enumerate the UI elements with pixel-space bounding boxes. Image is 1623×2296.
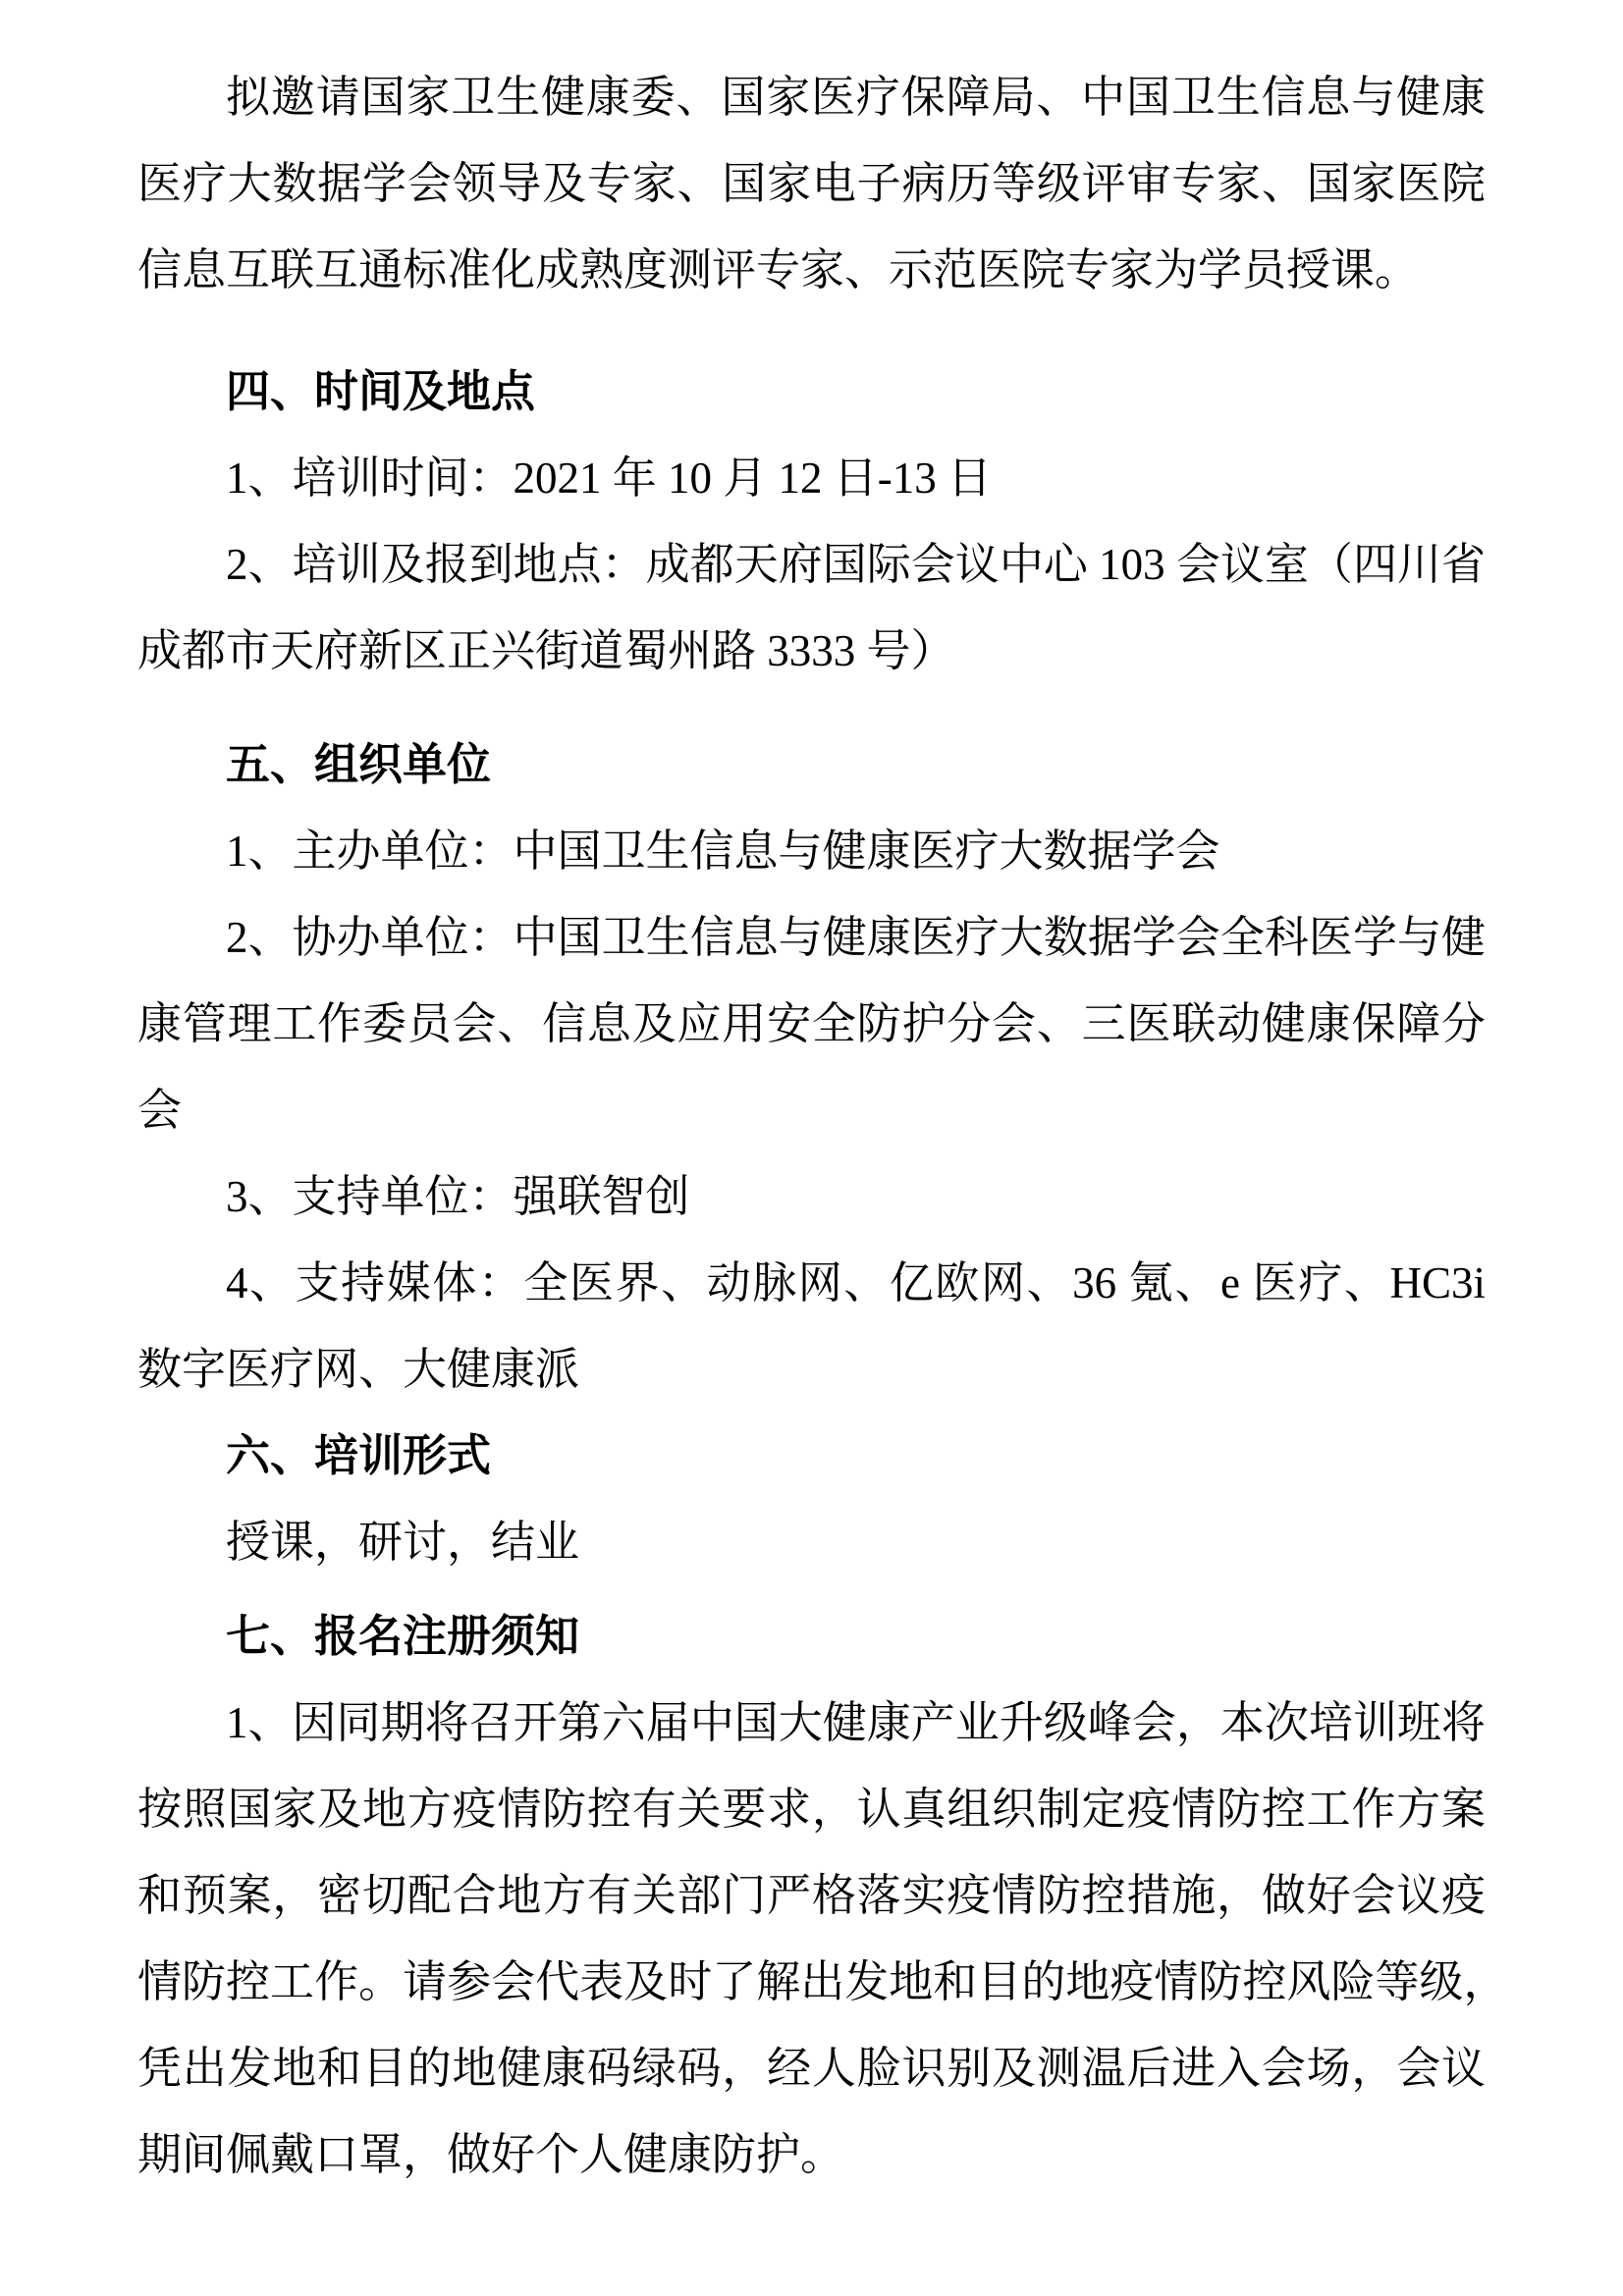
heading-section-5-organizers: 五、组织单位 bbox=[137, 721, 1486, 808]
paragraph-host-organizer: 1、主办单位：中国卫生信息与健康医疗大数据学会 bbox=[137, 808, 1486, 894]
paragraph-epidemic-prevention-notes: 1、因同期将召开第六届中国大健康产业升级峰会，本次培训班将按照国家及地方疫情防控… bbox=[137, 1680, 1486, 2198]
paragraph-training-time: 1、培训时间：2021 年 10 月 12 日-13 日 bbox=[137, 435, 1486, 521]
document-page: 拟邀请国家卫生健康委、国家医疗保障局、中国卫生信息与健康医疗大数据学会领导及专家… bbox=[0, 0, 1623, 2296]
paragraph-invited-lecturers: 拟邀请国家卫生健康委、国家医疗保障局、中国卫生信息与健康医疗大数据学会领导及专家… bbox=[137, 54, 1486, 313]
paragraph-supporting-media: 4、支持媒体：全医界、动脉网、亿欧网、36 氪、e 医疗、HC3i 数字医疗网、… bbox=[137, 1240, 1486, 1413]
paragraph-co-organizers: 2、协办单位：中国卫生信息与健康医疗大数据学会全科医学与健康管理工作委员会、信息… bbox=[137, 894, 1486, 1153]
heading-section-6-training-format: 六、培训形式 bbox=[137, 1413, 1486, 1499]
paragraph-training-format: 授课，研讨，结业 bbox=[137, 1499, 1486, 1585]
heading-section-4-time-and-location: 四、时间及地点 bbox=[137, 348, 1486, 435]
heading-section-7-registration-notes: 七、报名注册须知 bbox=[137, 1593, 1486, 1680]
paragraph-training-location: 2、培训及报到地点：成都天府国际会议中心 103 会议室（四川省成都市天府新区正… bbox=[137, 521, 1486, 694]
paragraph-supporting-organization: 3、支持单位：强联智创 bbox=[137, 1153, 1486, 1240]
